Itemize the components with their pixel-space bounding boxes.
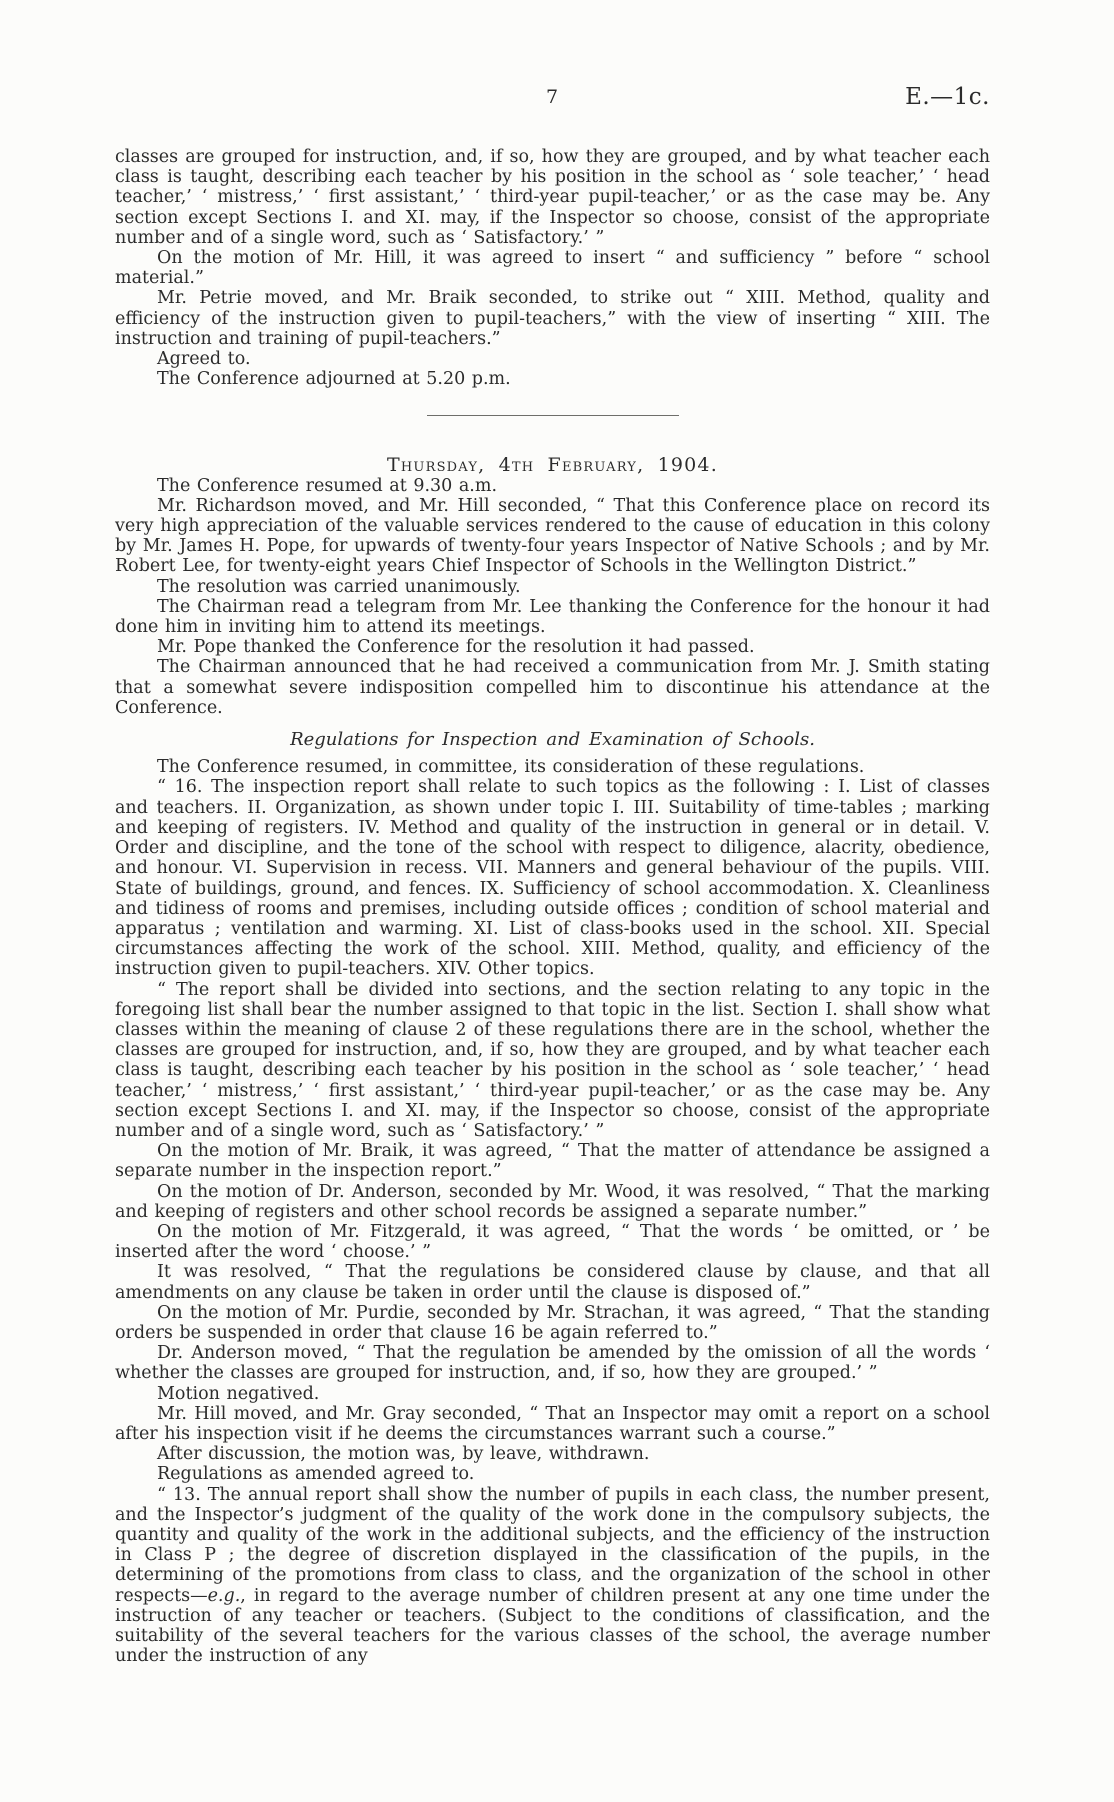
paragraph: The Chairman announced that he had recei… (115, 657, 990, 718)
section-heading: Thursday, 4th February, 1904. (115, 455, 990, 475)
paragraph: Mr. Hill moved, and Mr. Gray seconded, “… (115, 1404, 990, 1444)
paragraph: On the motion of Dr. Anderson, seconded … (115, 1182, 990, 1222)
document-page: 7 E.—1c. classes are grouped for instruc… (0, 0, 1114, 1802)
paragraph: Mr. Petrie moved, and Mr. Braik seconded… (115, 288, 990, 349)
paragraph: Mr. Richardson moved, and Mr. Hill secon… (115, 496, 990, 577)
page-header: 7 E.—1c. (115, 86, 990, 122)
paragraph: The Chairman read a telegram from Mr. Le… (115, 597, 990, 637)
paragraph: The Conference adjourned at 5.20 p.m. (115, 369, 990, 389)
paragraph: “ 13. The annual report shall show the n… (115, 1485, 990, 1667)
section-divider (427, 415, 679, 416)
paragraph: After discussion, the motion was, by lea… (115, 1444, 990, 1464)
paragraph: On the motion of Mr. Hill, it was agreed… (115, 248, 990, 288)
paragraph: classes are grouped for instruction, and… (115, 147, 990, 248)
paragraph: The resolution was carried unanimously. (115, 577, 990, 597)
section-heading: Regulations for Inspection and Examinati… (115, 730, 990, 750)
paragraph: On the motion of Mr. Fitzgerald, it was … (115, 1222, 990, 1262)
paragraph: It was resolved, “ That the regulations … (115, 1262, 990, 1302)
paragraph: Agreed to. (115, 349, 990, 369)
page-number: 7 (115, 86, 990, 108)
paragraph: “ 16. The inspection report shall relate… (115, 777, 990, 979)
paragraph: On the motion of Mr. Purdie, seconded by… (115, 1303, 990, 1343)
paragraph: Dr. Anderson moved, “ That the regulatio… (115, 1343, 990, 1383)
paragraph: The Conference resumed at 9.30 a.m. (115, 476, 990, 496)
paragraph: Regulations as amended agreed to. (115, 1464, 990, 1484)
document-body: classes are grouped for instruction, and… (115, 147, 990, 1666)
paragraph: Mr. Pope thanked the Conference for the … (115, 637, 990, 657)
doc-reference: E.—1c. (905, 84, 990, 110)
paragraph: Motion negatived. (115, 1384, 990, 1404)
paragraph: The Conference resumed, in committee, it… (115, 757, 990, 777)
paragraph: “ The report shall be divided into secti… (115, 980, 990, 1142)
paragraph: On the motion of Mr. Braik, it was agree… (115, 1141, 990, 1181)
